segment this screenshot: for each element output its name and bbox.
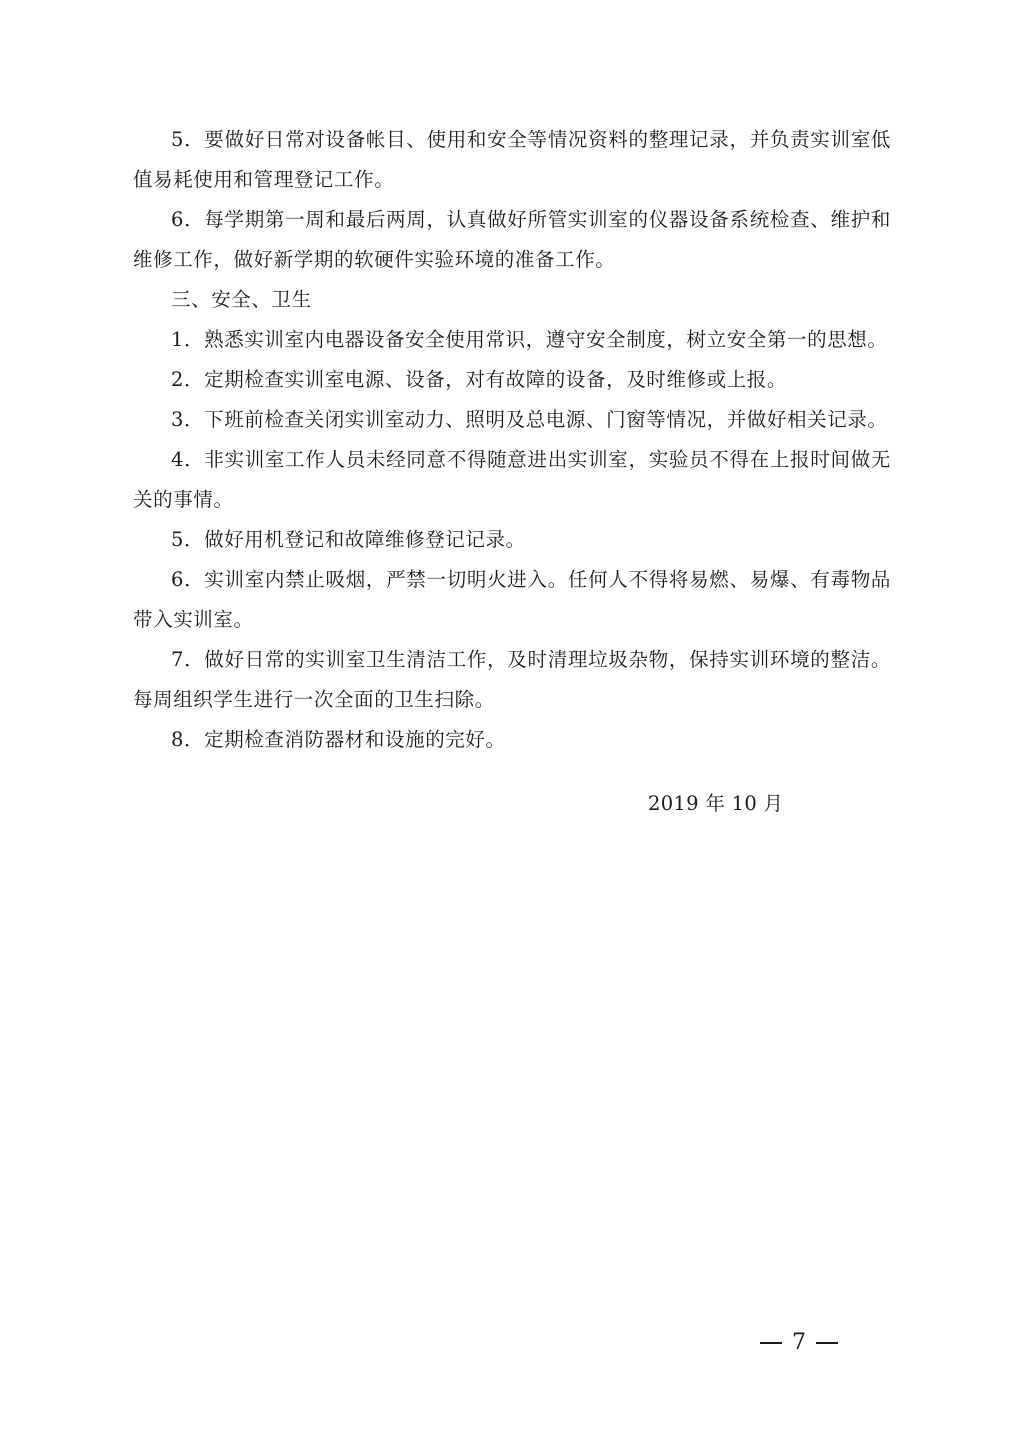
safety-item-1: 1．熟悉实训室内电器设备安全使用常识，遵守安全制度，树立安全第一的思想。 xyxy=(133,320,891,360)
page-number-footer: 7 xyxy=(760,1328,838,1358)
safety-item-6: 6．实训室内禁止吸烟，严禁一切明火进入。任何人不得将易燃、易爆、有毒物品带入实训… xyxy=(133,560,891,640)
document-body: 5．要做好日常对设备帐目、使用和安全等情况资料的整理记录，并负责实训室低值易耗使… xyxy=(133,120,891,760)
safety-item-5: 5．做好用机登记和故障维修登记记录。 xyxy=(133,520,891,560)
safety-item-7: 7．做好日常的实训室卫生清洁工作，及时清理垃圾杂物，保持实训环境的整洁。每周组织… xyxy=(133,640,891,720)
section-heading-safety-hygiene: 三、安全、卫生 xyxy=(133,280,891,320)
document-page: 5．要做好日常对设备帐目、使用和安全等情况资料的整理记录，并负责实训室低值易耗使… xyxy=(0,0,1024,1448)
safety-item-8: 8．定期检查消防器材和设施的完好。 xyxy=(133,720,891,760)
document-date: 2019 年 10 月 xyxy=(648,784,783,824)
page-number: 7 xyxy=(792,1328,806,1358)
paragraph-semester-check: 6．每学期第一周和最后两周，认真做好所管实训室的仪器设备系统检查、维护和维修工作… xyxy=(133,200,891,280)
dash-right-decoration xyxy=(816,1342,838,1344)
safety-item-4: 4．非实训室工作人员未经同意不得随意进出实训室，实验员不得在上报时间做无关的事情… xyxy=(133,440,891,520)
dash-left-decoration xyxy=(760,1342,782,1344)
safety-item-3: 3．下班前检查关闭实训室动力、照明及总电源、门窗等情况，并做好相关记录。 xyxy=(133,400,891,440)
safety-item-2: 2．定期检查实训室电源、设备，对有故障的设备，及时维修或上报。 xyxy=(133,360,891,400)
paragraph-equipment-records: 5．要做好日常对设备帐目、使用和安全等情况资料的整理记录，并负责实训室低值易耗使… xyxy=(133,120,891,200)
